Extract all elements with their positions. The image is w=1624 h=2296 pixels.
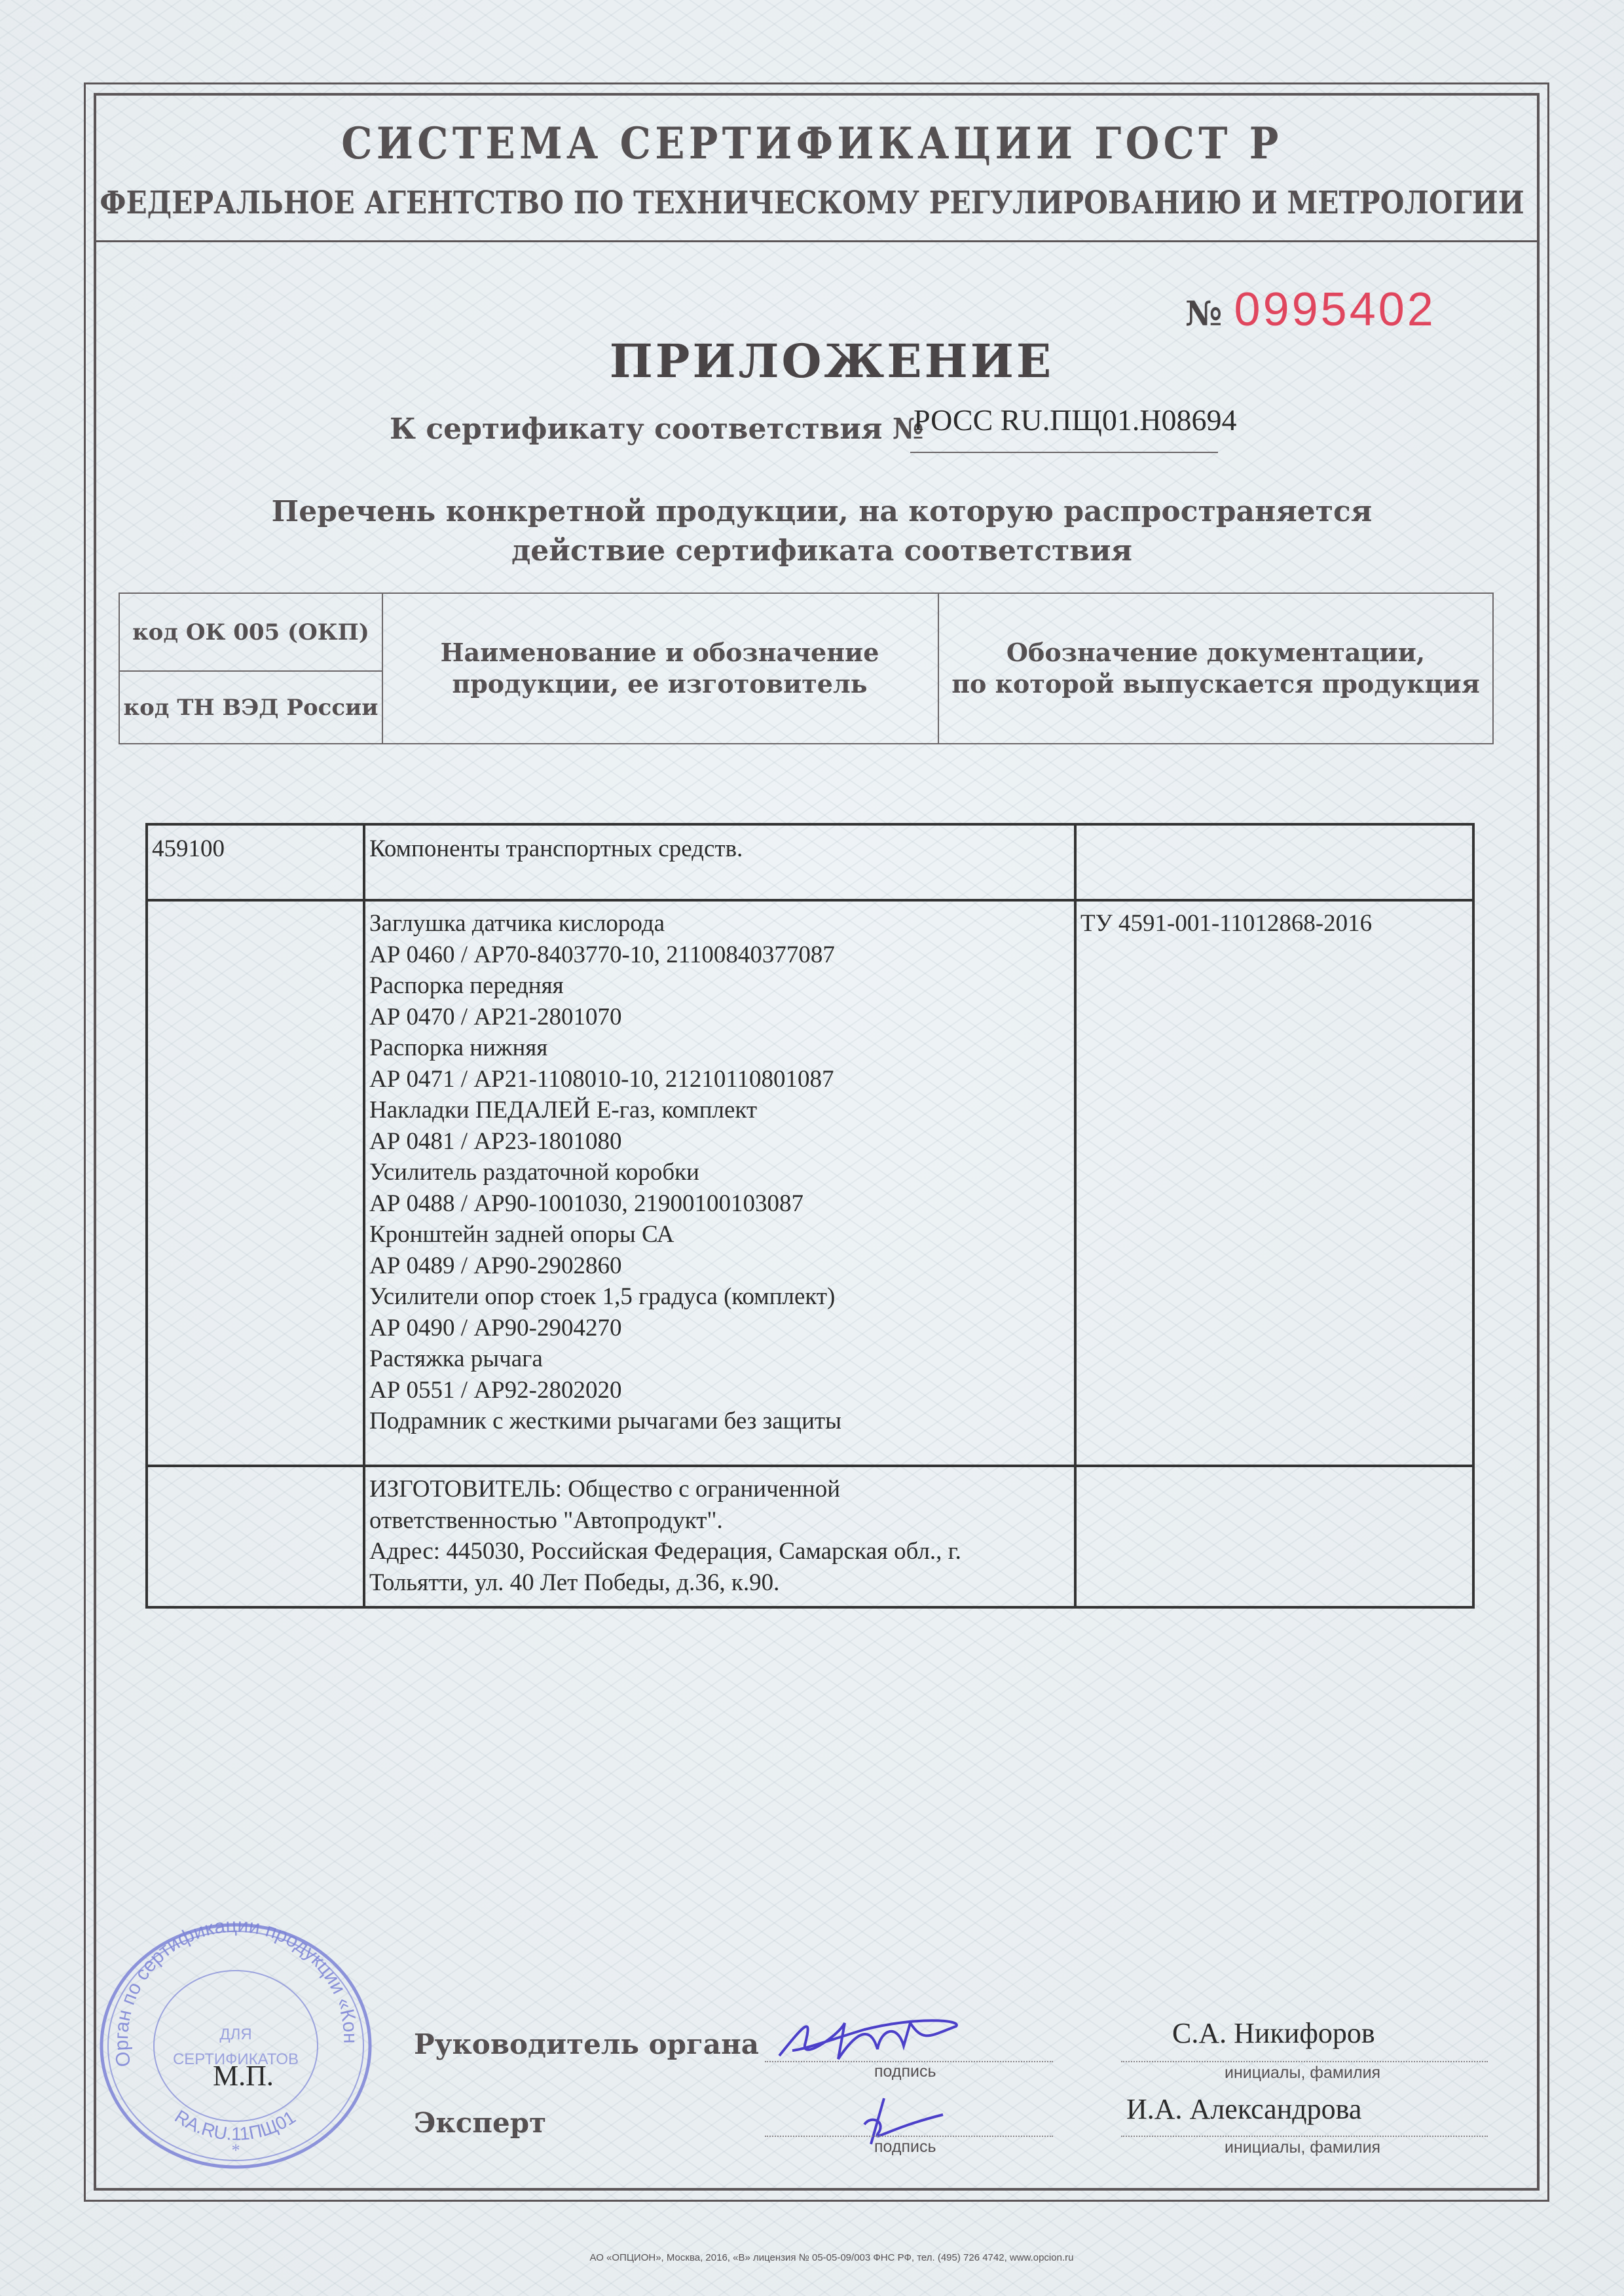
svg-text:Орган по сертификации продукци: Орган по сертификации продукции «Контур» <box>92 1915 361 2069</box>
svg-text:RA.RU.11ПЩ01: RA.RU.11ПЩ01 <box>171 2106 299 2144</box>
product-line: АР 0470 / АР21-2801070 <box>369 1002 1070 1033</box>
product-line: АР 0488 / АР90-1001030, 21900100103087 <box>369 1188 1070 1220</box>
product-name-header-line1: Наименование и обозначение <box>441 637 879 668</box>
document-title: ПРИЛОЖЕНИЕ <box>0 334 1624 388</box>
product-line: АР 0471 / АР21-1108010-10, 2121011080108… <box>369 1064 1070 1095</box>
product-line: Подрамник с жесткими рычагами без защиты <box>369 1406 1070 1437</box>
heading-line-2: действие сертификата соответствия <box>20 532 1624 571</box>
product-line: АР 0481 / АР23-1801080 <box>369 1126 1070 1157</box>
expert-name-line <box>1121 2136 1488 2138</box>
head-of-body-label: Руководитель органа <box>414 2028 759 2060</box>
product-line: АР 0551 / АР92-2802020 <box>369 1375 1070 1406</box>
printer-imprint: АО «ОПЦИОН», Москва, 2016, «В» лицензия … <box>0 2252 1624 2263</box>
product-description-cell: Заглушка датчика кислородаАР 0460 / АР70… <box>364 900 1075 1466</box>
okp-code-header: код ОК 005 (ОКП) <box>120 594 382 672</box>
stamp-bottom-text: RA.RU.11ПЩ01 <box>171 2106 299 2144</box>
product-line: Распорка нижняя <box>369 1032 1070 1064</box>
seal-stamp: Орган по сертификации продукции «Контур»… <box>92 1915 380 2170</box>
stamp-outer-text: Орган по сертификации продукции «Контур» <box>92 1915 361 2069</box>
agency-title: ФЕДЕРАЛЬНОЕ АГЕНТСТВО ПО ТЕХНИЧЕСКОМУ РЕ… <box>98 185 1526 221</box>
code-cell: 459100 <box>147 824 364 900</box>
table-row: ИЗГОТОВИТЕЛЬ: Общество с ограниченнойотв… <box>147 1466 1473 1607</box>
documentation-cell <box>1075 824 1473 900</box>
code-cell <box>147 900 364 1466</box>
expert-name: И.А. Александрова <box>1126 2092 1361 2126</box>
expert-signature-caption: подпись <box>874 2138 936 2157</box>
header-divider <box>95 240 1538 242</box>
product-list-heading: Перечень конкретной продукции, на котору… <box>0 492 1624 571</box>
documentation-cell <box>1075 1466 1473 1607</box>
product-line: АР 0490 / АР90-2904270 <box>369 1313 1070 1344</box>
serial-value: 0995402 <box>1234 283 1436 336</box>
form-serial-number: №0995402 <box>1185 283 1436 337</box>
table-row: 459100Компоненты транспортных средств. <box>147 824 1473 900</box>
documentation-cell: ТУ 4591-001-11012868-2016 <box>1075 900 1473 1466</box>
svg-text:*: * <box>232 2141 240 2160</box>
product-line: Растяжка рычага <box>369 1343 1070 1375</box>
head-name-line <box>1121 2061 1488 2063</box>
product-line: Усилитель раздаточной коробки <box>369 1157 1070 1188</box>
head-signature-caption: подпись <box>874 2062 936 2081</box>
product-description-cell: ИЗГОТОВИТЕЛЬ: Общество с ограниченнойотв… <box>364 1466 1075 1607</box>
certificate-ref-value: РОСС RU.ПЩ01.Н08694 <box>913 403 1237 437</box>
product-line: Усилители опор стоек 1,5 градуса (компле… <box>369 1281 1070 1313</box>
product-name-header: Наименование и обозначение продукции, ее… <box>382 594 939 743</box>
product-line: АР 0489 / АР90-2902860 <box>369 1250 1070 1282</box>
head-name-caption: инициалы, фамилия <box>1225 2064 1380 2083</box>
number-sign: № <box>1185 294 1223 334</box>
product-line: АР 0460 / АР70-8403770-10, 2110084037708… <box>369 939 1070 971</box>
product-line: Компоненты транспортных средств. <box>369 833 1070 865</box>
product-name-header-line2: продукции, ее изготовитель <box>441 668 879 700</box>
documentation-header: Обозначение документации, по которой вып… <box>938 594 1494 743</box>
expert-label: Эксперт <box>414 2107 546 2139</box>
head-signature <box>766 2010 969 2069</box>
table-row: Заглушка датчика кислородаАР 0460 / АР70… <box>147 900 1473 1466</box>
column-header-table: код ОК 005 (ОКП) код ТН ВЭД России Наиме… <box>119 592 1494 744</box>
heading-line-1: Перечень конкретной продукции, на котору… <box>20 492 1624 532</box>
product-line: ИЗГОТОВИТЕЛЬ: Общество с ограниченной <box>369 1474 1070 1505</box>
documentation-header-line2: по которой выпускается продукция <box>951 668 1480 700</box>
product-line: Распорка передняя <box>369 970 1070 1002</box>
documentation-header-line1: Обозначение документации, <box>951 637 1480 668</box>
product-line: Адрес: 445030, Российская Федерация, Сам… <box>369 1536 1070 1567</box>
product-line: Тольятти, ул. 40 Лет Победы, д.36, к.90. <box>369 1567 1070 1599</box>
certificate-ref-underline <box>910 452 1218 453</box>
product-line: Заглушка датчика кислорода <box>369 908 1070 939</box>
product-line: Накладки ПЕДАЛЕЙ Е-газ, комплект <box>369 1095 1070 1126</box>
product-line: ответственностью "Автопродукт". <box>369 1505 1070 1537</box>
tnved-code-header: код ТН ВЭД России <box>120 672 382 743</box>
product-table: 459100Компоненты транспортных средств.За… <box>145 823 1475 1609</box>
seal-place-label: М.П. <box>213 2059 274 2092</box>
certification-system-title: СИСТЕМА СЕРТИФИКАЦИИ ГОСТ Р <box>81 118 1543 169</box>
certificate-ref-label: К сертификату соответствия № <box>390 412 924 446</box>
code-cell <box>147 1466 364 1607</box>
stamp-inner-top: ДЛЯ <box>219 2026 251 2043</box>
expert-name-caption: инициалы, фамилия <box>1225 2138 1380 2157</box>
product-line: Кронштейн задней опоры СА <box>369 1219 1070 1250</box>
head-name: С.А. Никифоров <box>1172 2016 1375 2050</box>
code-column-header: код ОК 005 (ОКП) код ТН ВЭД России <box>120 594 383 743</box>
product-description-cell: Компоненты транспортных средств. <box>364 824 1075 900</box>
